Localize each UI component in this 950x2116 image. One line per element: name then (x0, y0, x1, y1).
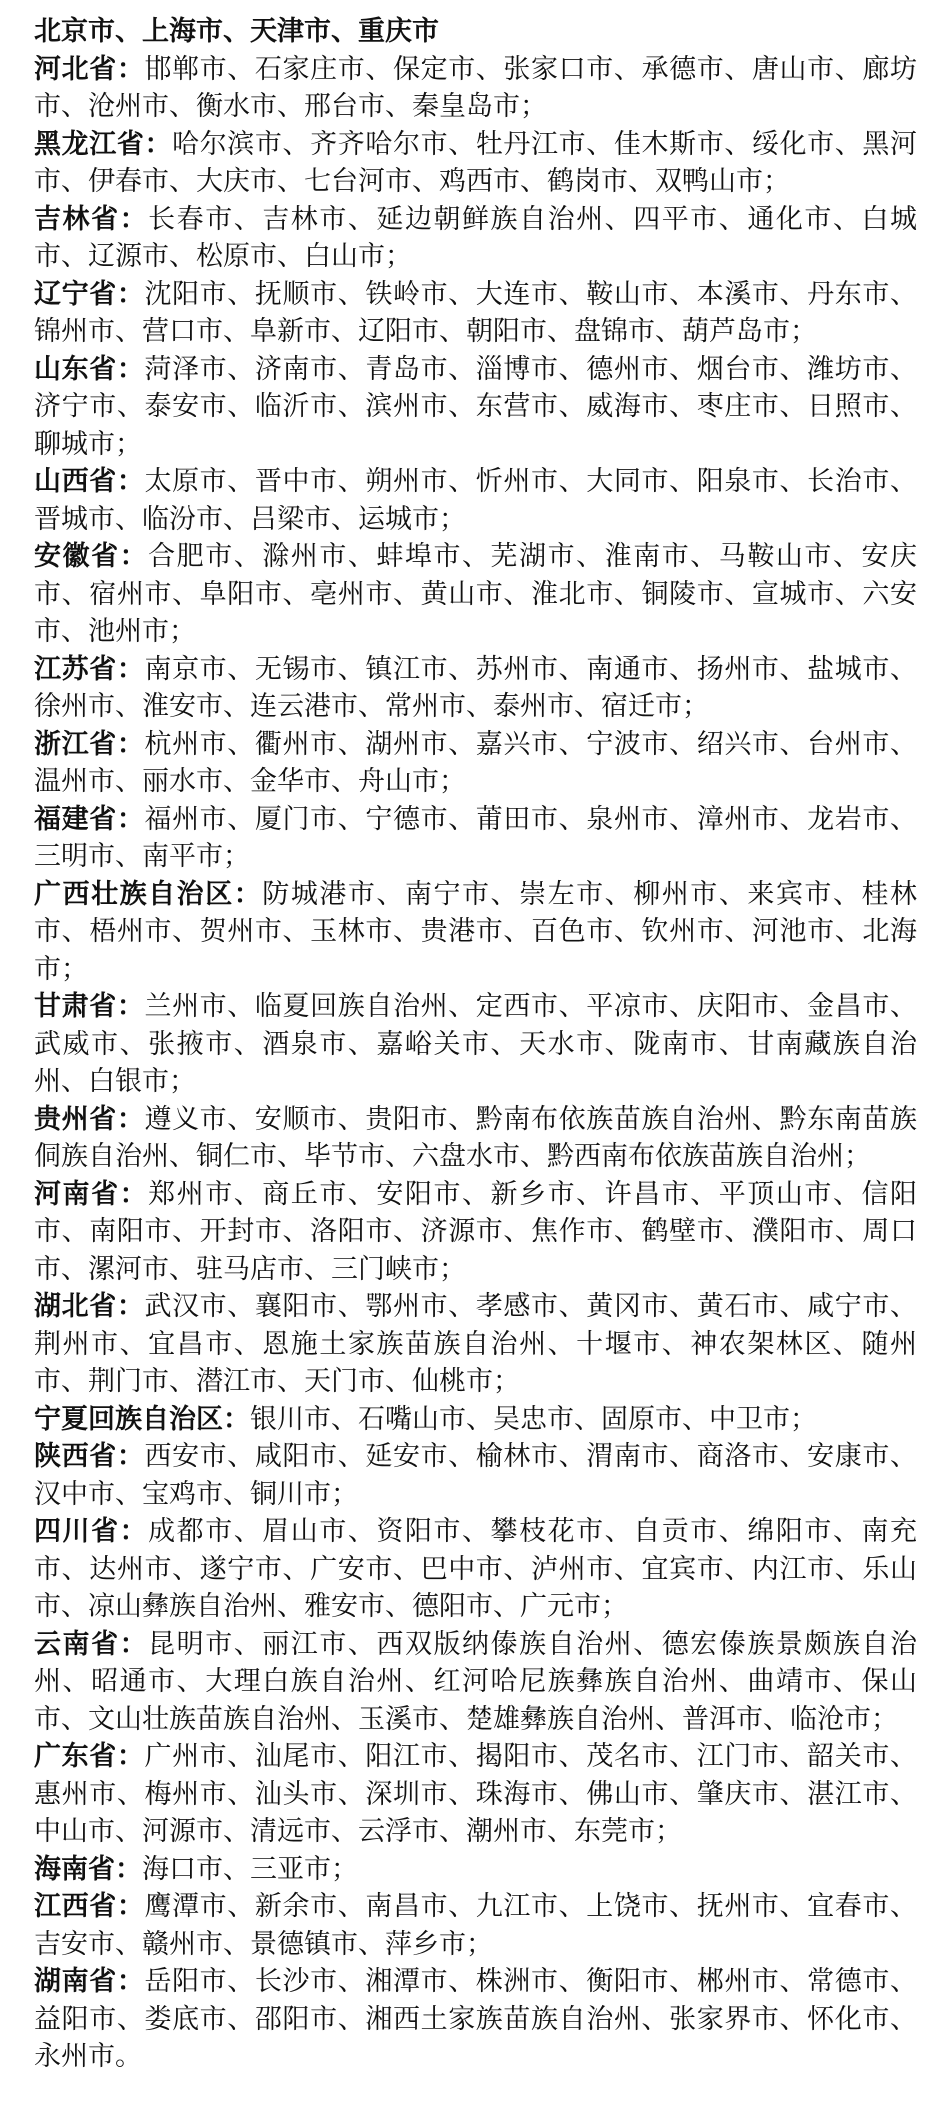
province-section: 海南省：海口市、三亚市； (34, 1851, 917, 1889)
province-name: 陕西省： (34, 1441, 144, 1471)
province-section: 山西省：太原市、晋中市、朔州市、忻州市、大同市、阳泉市、长治市、晋城市、临汾市、… (34, 463, 917, 538)
city-list: 武汉市、襄阳市、鄂州市、孝感市、黄冈市、黄石市、咸宁市、荆州市、宜昌市、恩施土家… (34, 1291, 917, 1396)
province-section: 陕西省：西安市、咸阳市、延安市、榆林市、渭南市、商洛市、安康市、汉中市、宝鸡市、… (34, 1438, 917, 1513)
province-name: 广东省： (34, 1741, 144, 1771)
city-list: 鹰潭市、新余市、南昌市、九江市、上饶市、抚州市、宜春市、吉安市、赣州市、景德镇市… (34, 1891, 917, 1959)
province-section: 福建省：福州市、厦门市、宁德市、莆田市、泉州市、漳州市、龙岩市、三明市、南平市； (34, 801, 917, 876)
city-list: 昆明市、丽江市、西双版纳傣族自治州、德宏傣族景颇族自治州、昭通市、大理白族自治州… (34, 1629, 917, 1734)
province-name: 山西省： (34, 466, 144, 496)
province-name: 河南省： (34, 1179, 148, 1209)
province-section: 四川省：成都市、眉山市、资阳市、攀枝花市、自贡市、绵阳市、南充市、达州市、遂宁市… (34, 1513, 917, 1626)
province-section: 江西省：鹰潭市、新余市、南昌市、九江市、上饶市、抚州市、宜春市、吉安市、赣州市、… (34, 1888, 917, 1963)
province-section: 河北省：邯郸市、石家庄市、保定市、张家口市、承德市、唐山市、廊坊市、沧州市、衡水… (34, 51, 917, 126)
province-name: 吉林省： (34, 204, 148, 234)
province-sections: 河北省：邯郸市、石家庄市、保定市、张家口市、承德市、唐山市、廊坊市、沧州市、衡水… (34, 51, 917, 2076)
province-name: 宁夏回族自治区： (34, 1404, 250, 1434)
city-list: 海口市、三亚市； (142, 1854, 358, 1884)
province-section: 贵州省：遵义市、安顺市、贵阳市、黔南布依族苗族自治州、黔东南苗族侗族自治州、铜仁… (34, 1101, 917, 1176)
city-list: 南京市、无锡市、镇江市、苏州市、南通市、扬州市、盐城市、徐州市、淮安市、连云港市… (34, 654, 917, 722)
province-section: 江苏省：南京市、无锡市、镇江市、苏州市、南通市、扬州市、盐城市、徐州市、淮安市、… (34, 651, 917, 726)
province-city-document: 北京市、上海市、天津市、重庆市 河北省：邯郸市、石家庄市、保定市、张家口市、承德… (0, 0, 950, 2116)
city-list: 福州市、厦门市、宁德市、莆田市、泉州市、漳州市、龙岩市、三明市、南平市； (34, 804, 917, 872)
city-list: 广州市、汕尾市、阳江市、揭阳市、茂名市、江门市、韶关市、惠州市、梅州市、汕头市、… (34, 1741, 917, 1846)
province-name: 黑龙江省： (34, 129, 172, 159)
province-name: 江苏省： (34, 654, 144, 684)
province-name: 广西壮族自治区： (34, 879, 262, 909)
province-section: 吉林省：长春市、吉林市、延边朝鲜族自治州、四平市、通化市、白城市、辽源市、松原市… (34, 201, 917, 276)
province-section: 浙江省：杭州市、衢州市、湖州市、嘉兴市、宁波市、绍兴市、台州市、温州市、丽水市、… (34, 726, 917, 801)
city-list: 银川市、石嘴山市、吴忠市、固原市、中卫市； (250, 1404, 817, 1434)
municipalities-line: 北京市、上海市、天津市、重庆市 (34, 13, 917, 51)
province-section: 黑龙江省：哈尔滨市、齐齐哈尔市、牡丹江市、佳木斯市、绥化市、黑河市、伊春市、大庆… (34, 126, 917, 201)
province-section: 广东省：广州市、汕尾市、阳江市、揭阳市、茂名市、江门市、韶关市、惠州市、梅州市、… (34, 1738, 917, 1851)
province-name: 湖北省： (34, 1291, 144, 1321)
province-name: 河北省： (34, 54, 144, 84)
province-name: 四川省： (34, 1516, 148, 1546)
province-name: 山东省： (34, 354, 144, 384)
city-list: 菏泽市、济南市、青岛市、淄博市、德州市、烟台市、潍坊市、济宁市、泰安市、临沂市、… (34, 354, 917, 459)
province-section: 山东省：菏泽市、济南市、青岛市、淄博市、德州市、烟台市、潍坊市、济宁市、泰安市、… (34, 351, 917, 464)
city-list: 兰州市、临夏回族自治州、定西市、平凉市、庆阳市、金昌市、武威市、张掖市、酒泉市、… (34, 991, 917, 1096)
city-list: 成都市、眉山市、资阳市、攀枝花市、自贡市、绵阳市、南充市、达州市、遂宁市、广安市… (34, 1516, 917, 1621)
province-name: 湖南省： (34, 1966, 144, 1996)
province-name: 辽宁省： (34, 279, 144, 309)
province-name: 浙江省： (34, 729, 144, 759)
city-list: 邯郸市、石家庄市、保定市、张家口市、承德市、唐山市、廊坊市、沧州市、衡水市、邢台… (34, 54, 917, 122)
city-list: 太原市、晋中市、朔州市、忻州市、大同市、阳泉市、长治市、晋城市、临汾市、吕梁市、… (34, 466, 917, 534)
province-section: 辽宁省：沈阳市、抚顺市、铁岭市、大连市、鞍山市、本溪市、丹东市、锦州市、营口市、… (34, 276, 917, 351)
province-name: 贵州省： (34, 1104, 144, 1134)
province-name: 安徽省： (34, 541, 148, 571)
city-list: 岳阳市、长沙市、湘潭市、株洲市、衡阳市、郴州市、常德市、益阳市、娄底市、邵阳市、… (34, 1966, 917, 2071)
city-list: 遵义市、安顺市、贵阳市、黔南布依族苗族自治州、黔东南苗族侗族自治州、铜仁市、毕节… (34, 1104, 917, 1172)
city-list: 杭州市、衢州市、湖州市、嘉兴市、宁波市、绍兴市、台州市、温州市、丽水市、金华市、… (34, 729, 917, 797)
province-section: 安徽省：合肥市、滁州市、蚌埠市、芜湖市、淮南市、马鞍山市、安庆市、宿州市、阜阳市… (34, 538, 917, 651)
city-list: 沈阳市、抚顺市、铁岭市、大连市、鞍山市、本溪市、丹东市、锦州市、营口市、阜新市、… (34, 279, 917, 347)
province-section: 河南省：郑州市、商丘市、安阳市、新乡市、许昌市、平顶山市、信阳市、南阳市、开封市… (34, 1176, 917, 1289)
city-list: 郑州市、商丘市、安阳市、新乡市、许昌市、平顶山市、信阳市、南阳市、开封市、洛阳市… (34, 1179, 917, 1284)
province-name: 甘肃省： (34, 991, 144, 1021)
province-section: 湖南省：岳阳市、长沙市、湘潭市、株洲市、衡阳市、郴州市、常德市、益阳市、娄底市、… (34, 1963, 917, 2076)
province-section: 湖北省：武汉市、襄阳市、鄂州市、孝感市、黄冈市、黄石市、咸宁市、荆州市、宜昌市、… (34, 1288, 917, 1401)
province-section: 宁夏回族自治区：银川市、石嘴山市、吴忠市、固原市、中卫市； (34, 1401, 917, 1439)
province-section: 甘肃省：兰州市、临夏回族自治州、定西市、平凉市、庆阳市、金昌市、武威市、张掖市、… (34, 988, 917, 1101)
city-list: 合肥市、滁州市、蚌埠市、芜湖市、淮南市、马鞍山市、安庆市、宿州市、阜阳市、亳州市… (34, 541, 917, 646)
province-name: 云南省： (34, 1629, 148, 1659)
province-section: 云南省：昆明市、丽江市、西双版纳傣族自治州、德宏傣族景颇族自治州、昭通市、大理白… (34, 1626, 917, 1739)
city-list: 西安市、咸阳市、延安市、榆林市、渭南市、商洛市、安康市、汉中市、宝鸡市、铜川市； (34, 1441, 917, 1509)
province-name: 海南省： (34, 1854, 142, 1884)
city-list: 长春市、吉林市、延边朝鲜族自治州、四平市、通化市、白城市、辽源市、松原市、白山市… (34, 204, 917, 272)
province-name: 江西省： (34, 1891, 144, 1921)
province-section: 广西壮族自治区：防城港市、南宁市、崇左市、柳州市、来宾市、桂林市、梧州市、贺州市… (34, 876, 917, 989)
province-name: 福建省： (34, 804, 144, 834)
